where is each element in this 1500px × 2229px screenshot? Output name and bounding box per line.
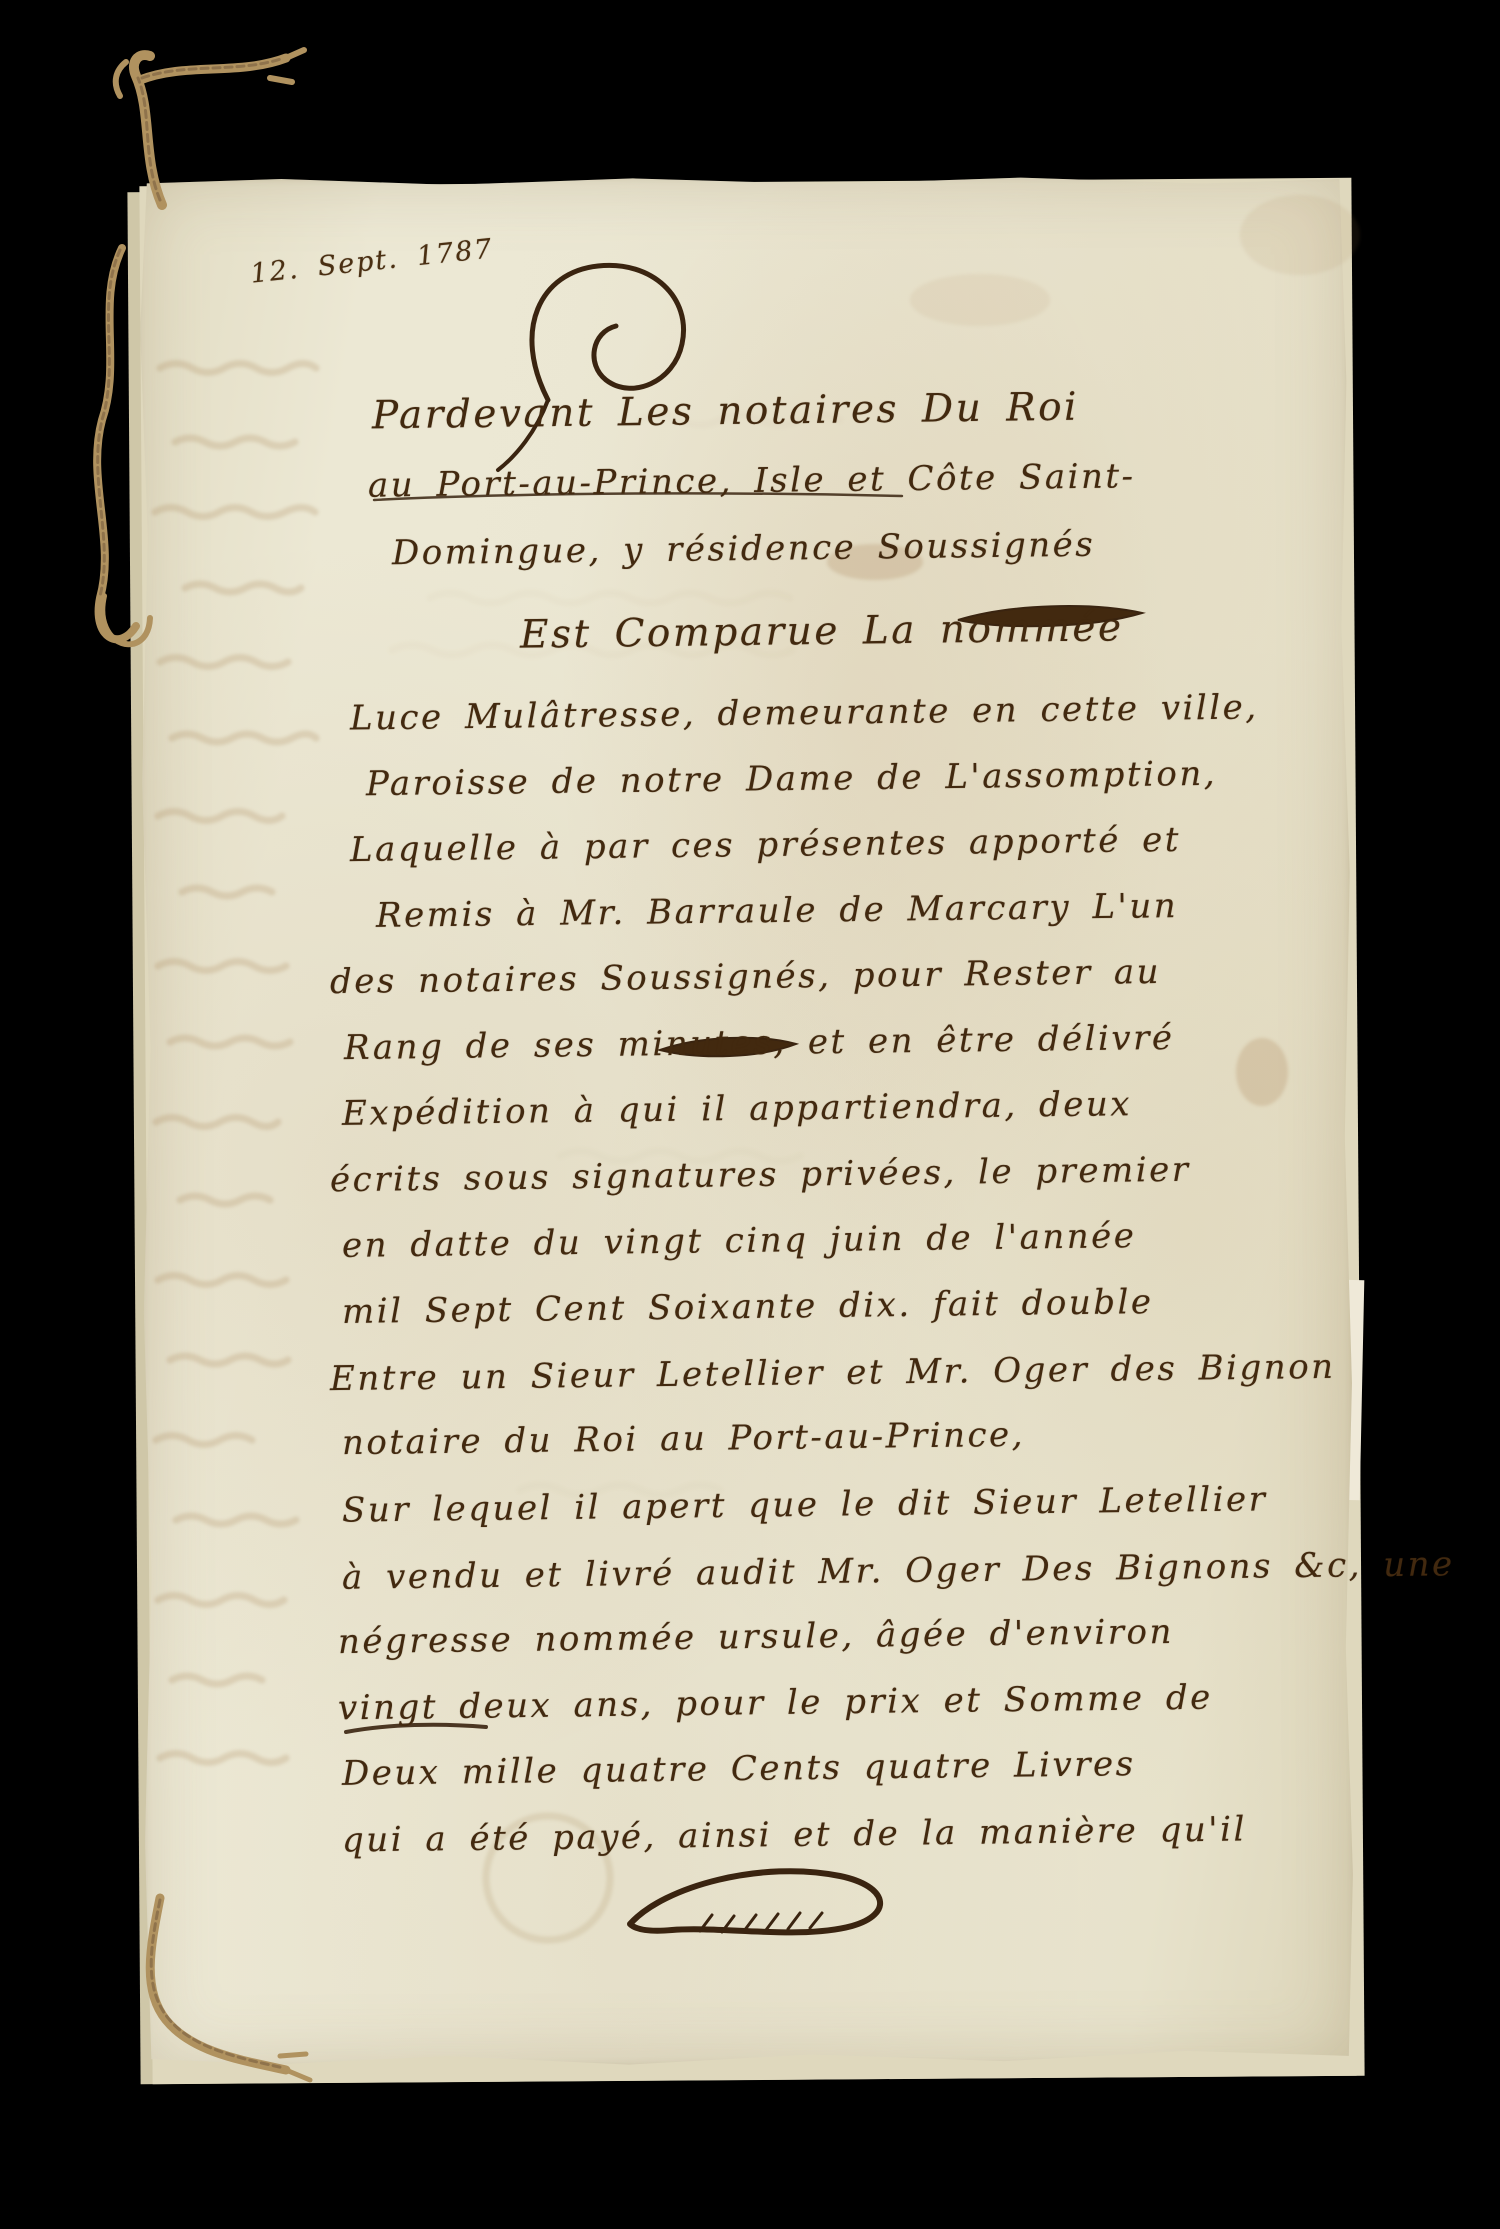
binding-twine — [0, 0, 1500, 2229]
manuscript-photo: { "photo": { "background_color": "#00000… — [0, 0, 1500, 2229]
binding-twine-left — [97, 248, 150, 644]
binding-twine-bottom — [150, 1898, 310, 2080]
binding-twine-top — [116, 50, 304, 205]
